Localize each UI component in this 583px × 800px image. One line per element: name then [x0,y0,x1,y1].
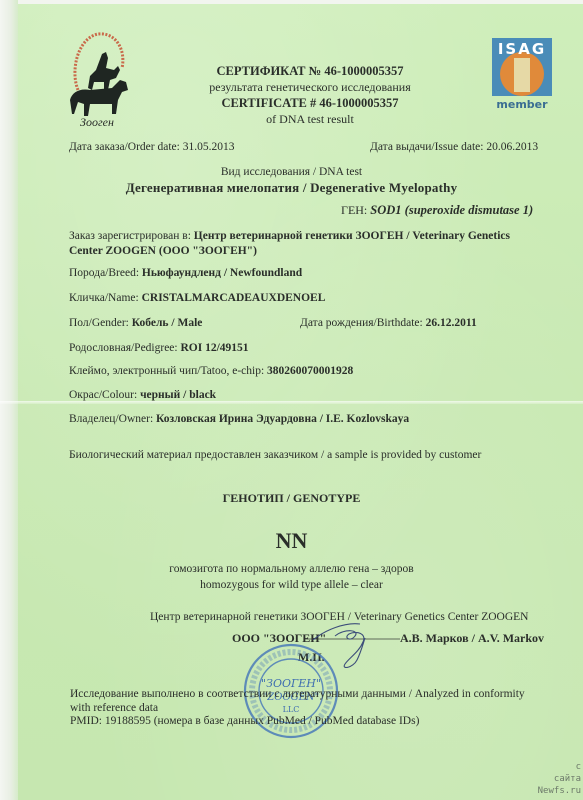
sample-note: Биологический материал предоставлен зака… [69,449,481,461]
pedigree-label: Родословная/Pedigree: [69,342,178,354]
registered-value-line2: Center ZOOGEN (ООО "ЗООГЕН") [69,244,510,259]
issue-date: Дата выдачи/Issue date: 20.06.2013 [370,141,538,153]
issue-date-label: Дата выдачи/Issue date: [370,141,483,153]
site-watermark: с сайта Newfs.ru [538,761,581,797]
owner-row: Владелец/Owner: Козловская Ирина Эдуардо… [69,413,409,425]
gender-row: Пол/Gender: Кобель / Male [69,317,202,329]
breed-row: Порода/Breed: Ньюфаундленд / Newfoundlan… [69,267,302,279]
birthdate-value: 26.12.2011 [426,317,477,329]
gender-label: Пол/Gender: [69,317,129,329]
gene-label: ГЕН: [341,203,367,217]
birthdate-label: Дата рождения/Birthdate: [300,317,423,329]
issue-date-value: 20.06.2013 [486,141,538,153]
registered-at: Заказ зарегистрирован в: Центр ветеринар… [69,229,510,259]
analysis-note: Исследование выполнено в соответствии с … [70,687,560,715]
isag-member-logo-icon: ISAG member [491,38,553,110]
registered-label: Заказ зарегистрирован в: [69,230,191,242]
pedigree-value: ROI 12/49151 [181,342,249,354]
isag-logo: ISAG member [491,38,553,110]
genotype-heading: ГЕНОТИП / GENOTYPE [0,491,583,506]
signatory-name: А.В. Марков / A.V. Markov [400,631,544,646]
name-row: Кличка/Name: CRISTALMARCADEAUXDENOEL [69,292,325,304]
gender-value: Кобель / Male [132,317,203,329]
analysis-line1: Исследование выполнено в соответствии с … [70,687,560,701]
zoogen-logo: Зооген [60,30,135,128]
order-date-value: 31.05.2013 [183,141,235,153]
genotype-description-ru: гомозигота по нормальному аллелю гена – … [0,563,583,575]
watermark-line1: с [538,761,581,773]
chip-value: 380260070001928 [267,365,353,377]
certificate-subtitle-en: of DNA test result [180,111,440,127]
svg-text:member: member [496,98,548,110]
paper-fold-line [0,401,583,404]
gene-row: ГЕН: SOD1 (superoxide dismutase 1) [341,203,533,218]
certificate-number-ru: СЕРТИФИКАТ № 46-1000005357 [180,63,440,79]
genotype-description-en: homozygous for wild type allele – clear [0,579,583,591]
scan-left-margin [0,0,18,800]
colour-row: Окрас/Colour: черный / black [69,389,216,401]
pmid-reference: PMID: 19188595 (номера в базе данных Pub… [70,715,419,727]
svg-text:ISAG: ISAG [498,40,546,58]
owner-value: Козловская Ирина Эдуардовна / I.E. Kozlo… [156,413,409,425]
registered-value-line1: Центр ветеринарной генетики ЗООГЕН / Vet… [194,230,510,242]
certificate-subtitle-ru: результата генетического исследования [180,79,440,95]
owner-label: Владелец/Owner: [69,413,153,425]
watermark-line3: Newfs.ru [538,785,581,797]
watermark-line2: сайта [538,773,581,785]
chip-row: Клеймо, электронный чип/Tatoo, e-chip: 3… [69,365,353,377]
scan-top-edge [0,0,583,4]
chip-label: Клеймо, электронный чип/Tatoo, e-chip: [69,365,264,377]
dna-test-label: Вид исследования / DNA test [0,166,583,178]
certificate-number-en: CERTIFICATE # 46-1000005357 [180,95,440,111]
certificate-title-block: СЕРТИФИКАТ № 46-1000005357 результата ге… [180,63,440,127]
name-label: Кличка/Name: [69,292,139,304]
birthdate-row: Дата рождения/Birthdate: 26.12.2011 [300,317,477,329]
order-date-label: Дата заказа/Order date: [69,141,180,153]
breed-value: Ньюфаундленд / Newfoundland [142,267,302,279]
breed-label: Порода/Breed: [69,267,139,279]
svg-text:Зооген: Зооген [80,115,114,128]
genotype-value: NN [0,528,583,554]
colour-value: черный / black [140,389,216,401]
horse-rider-logo-icon: Зооген [60,30,135,128]
name-value: CRISTALMARCADEAUXDENOEL [142,292,326,304]
colour-label: Окрас/Colour: [69,389,137,401]
disease-name: Дегенеративная миелопатия / Degenerative… [0,180,583,196]
gene-value: SOD1 (superoxide dismutase 1) [370,203,533,217]
analysis-line2: with reference data [70,701,560,715]
order-date: Дата заказа/Order date: 31.05.2013 [69,141,234,153]
pedigree-row: Родословная/Pedigree: ROI 12/49151 [69,342,249,354]
